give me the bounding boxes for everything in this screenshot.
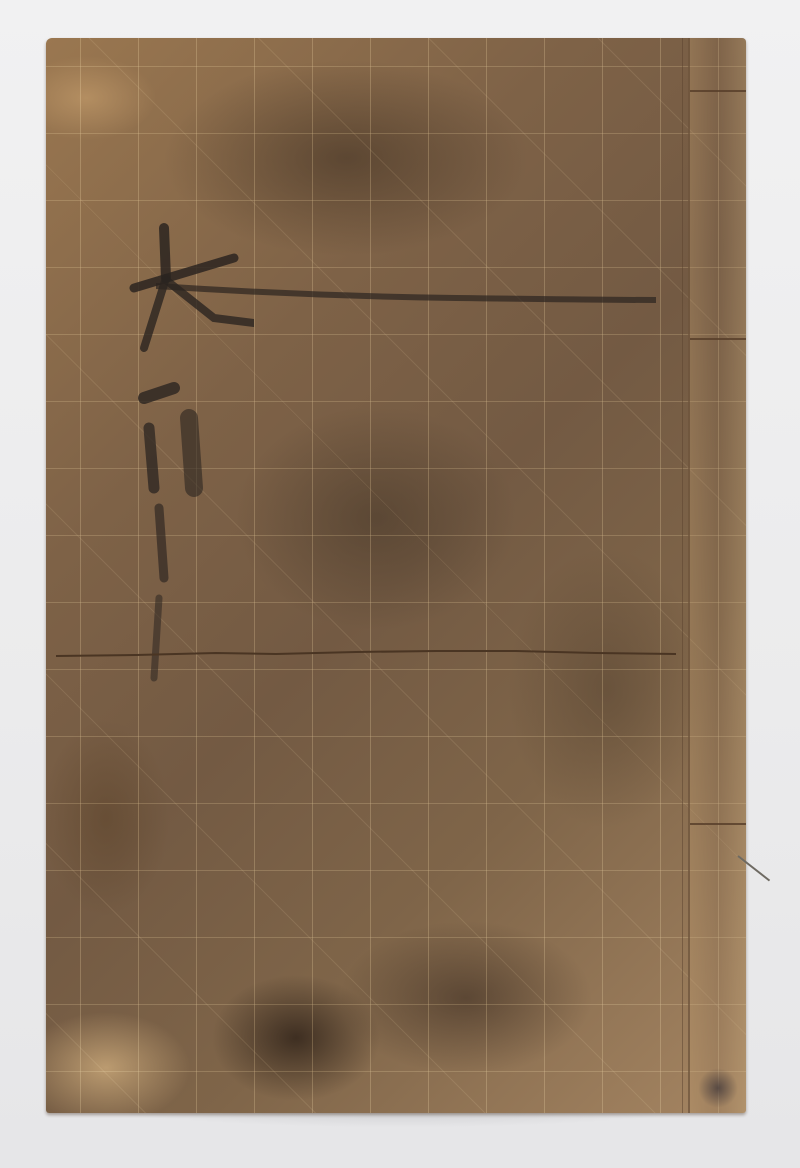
binding-fold-line: [682, 38, 683, 1113]
horizontal-tear: [56, 650, 676, 658]
binding-stitch: [690, 90, 746, 92]
binding-stitch: [690, 823, 746, 825]
corner-wear: [698, 1068, 738, 1108]
book-cover: [46, 38, 746, 1113]
binding-spine: [688, 38, 746, 1113]
ink-horizontal-stroke: [156, 278, 656, 308]
binding-stitch: [690, 338, 746, 340]
